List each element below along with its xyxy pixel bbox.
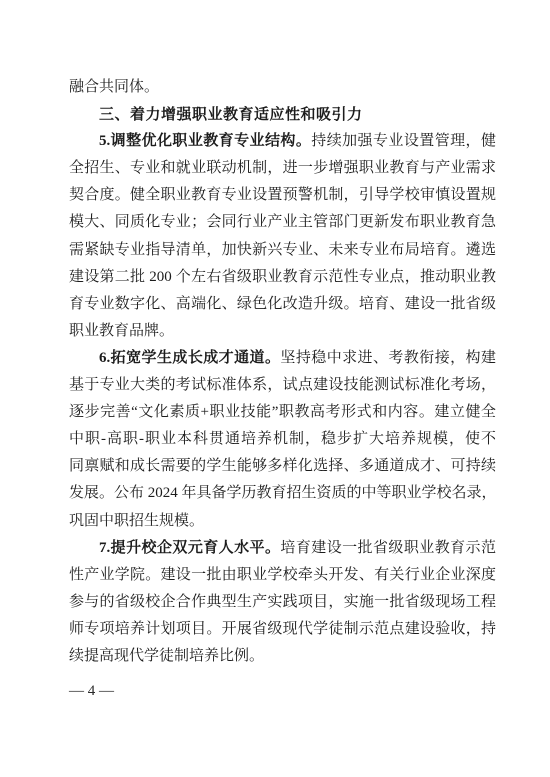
text-line: 性产业学院。建设一批由职业学校牵头开发、有关行业企业深度 bbox=[69, 562, 496, 589]
paragraph-lead-bold: 7.提升校企双元育人水平。 bbox=[99, 540, 280, 556]
text-line: 7.提升校企双元育人水平。培育建设一批省级职业教育示范 bbox=[69, 535, 496, 562]
document-page: 融合共同体。三、着力增强职业教育适应性和吸引力5.调整优化职业教育专业结构。持续… bbox=[0, 0, 550, 777]
text-line: 全招生、专业和就业联动机制，进一步增强职业教育与产业需求 bbox=[69, 155, 496, 182]
text-line: 基于专业大类的考试标准体系，试点建设技能测试标准化考场， bbox=[69, 372, 496, 399]
text-line: 巩固中职招生规模。 bbox=[69, 508, 496, 535]
text-line: 建设第二批 200 个左右省级职业教育示范性专业点，推动职业教 bbox=[69, 264, 496, 291]
text-line: 6.拓宽学生成长成才通道。坚持稳中求进、考教衔接，构建 bbox=[69, 345, 496, 372]
text-line: 逐步完善“文化素质+职业技能”职教高考形式和内容。建立健全 bbox=[69, 399, 496, 426]
paragraph-lead-bold: 6.拓宽学生成长成才通道。 bbox=[99, 350, 280, 366]
text-line: 同禀赋和成长需要的学生能够多样化选择、多通道成才、可持续 bbox=[69, 453, 496, 480]
document-content: 融合共同体。三、着力增强职业教育适应性和吸引力5.调整优化职业教育专业结构。持续… bbox=[69, 74, 496, 670]
text-line: 发展。公布 2024 年具备学历教育招生资质的中等职业学校名录， bbox=[69, 480, 496, 507]
text-line: 师专项培养计划项目。开展省级现代学徒制示范点建设验收，持 bbox=[69, 616, 496, 643]
text-line: 职业教育品牌。 bbox=[69, 318, 496, 345]
text-line: 融合共同体。 bbox=[69, 74, 496, 101]
text-line: 育专业数字化、高端化、绿色化改造升级。培育、建设一批省级 bbox=[69, 291, 496, 318]
section-heading: 三、着力增强职业教育适应性和吸引力 bbox=[69, 101, 496, 128]
text-line: 续提高现代学徒制培养比例。 bbox=[69, 643, 496, 670]
text-line: 需紧缺专业指导清单，加快新兴专业、未来专业布局培育。遴选 bbox=[69, 237, 496, 264]
text-line: 参与的省级校企合作典型生产实践项目，实施一批省级现场工程 bbox=[69, 589, 496, 616]
text-line: 中职-高职-职业本科贯通培养机制，稳步扩大培养规模，使不 bbox=[69, 426, 496, 453]
text-line: 模大、同质化专业；会同行业产业主管部门更新发布职业教育急 bbox=[69, 209, 496, 236]
text-line: 契合度。健全职业教育专业设置预警机制，引导学校审慎设置规 bbox=[69, 182, 496, 209]
text-line: 5.调整优化职业教育专业结构。持续加强专业设置管理，健 bbox=[69, 128, 496, 155]
paragraph-lead-bold: 5.调整优化职业教育专业结构。 bbox=[99, 133, 311, 149]
page-number: — 4 — bbox=[69, 678, 114, 705]
